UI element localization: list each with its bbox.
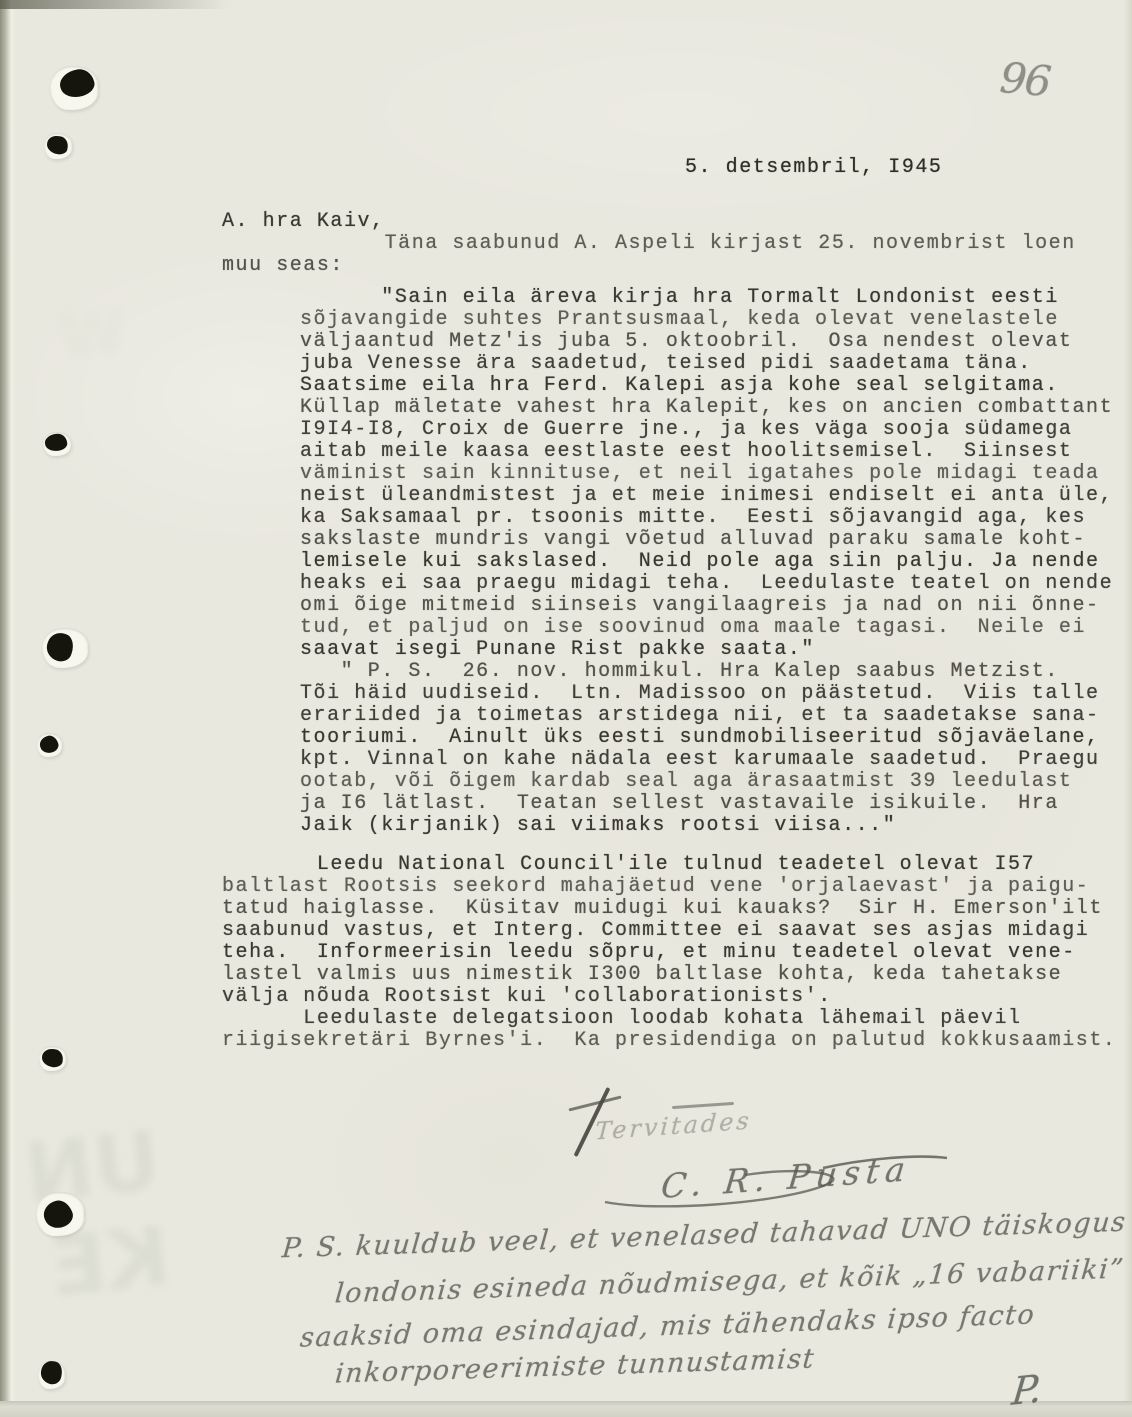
closing-word: Tervitades [594, 1106, 752, 1145]
typed-line: Leedulaste delegatsioon loodab kohata lä… [222, 1008, 1116, 1030]
typed-line: ootab, või õigem kardab seal aga ärasaat… [300, 771, 1113, 793]
typed-line: neist üleandmistest ja et meie inimesi e… [300, 485, 1113, 507]
typed-line: " P. S. 26. nov. hommikul. Hra Kalep saa… [300, 661, 1113, 683]
date-line: 5. detsembril, I945 [685, 157, 943, 179]
typed-line: I9I4-I8, Croix de Guerre jne., ja kes vä… [300, 419, 1113, 441]
typed-line: erariided ja toimetas arstidega nii, et … [300, 705, 1113, 727]
letter-salutation: A. hra Kaiv, Täna saabunud A. Aspeli kir… [222, 211, 1076, 277]
typed-line: ja I6 lätlast. Teatan sellest vastavaile… [300, 793, 1113, 815]
typed-line: juba Venesse ära saadetud, teised pidi s… [300, 353, 1113, 375]
handwritten-ps-line: inkorporeerimiste tunnustamist [334, 1343, 817, 1389]
typed-line: tud, et paljud on ise soovinud oma maale… [300, 617, 1113, 639]
typed-line: tatud haiglasse. Küsitav muidugi kui kau… [222, 898, 1116, 920]
typed-line: riigisekretäri Byrnes'i. Ka presidendiga… [222, 1030, 1116, 1052]
handwritten-initials: P. [1010, 1366, 1044, 1414]
typed-line: Jaik (kirjanik) sai viimaks rootsi viisa… [300, 815, 1113, 837]
typed-line: väminist sain kinnituse, et neil igatahe… [300, 463, 1113, 485]
letter-closing-paragraphs: Leedu National Council'ile tulnud teadet… [222, 854, 1116, 1052]
typed-line: Leedu National Council'ile tulnud teadet… [222, 854, 1116, 876]
quoted-letter-excerpt: "Sain eila äreva kirja hra Tormalt Londo… [300, 287, 1113, 837]
typed-line: lemisele kui sakslased. Neid pole aga si… [300, 551, 1113, 573]
document-page: W UN KE 96 5. detsembril, I945 A. h [0, 0, 1132, 1417]
typed-line: "Sain eila äreva kirja hra Tormalt Londo… [300, 287, 1113, 309]
typed-line: väljaantud Metz'is juba 5. oktoobril. Os… [300, 331, 1113, 353]
typed-line: Küllap mäletate vahest hra Kalepit, kes … [300, 397, 1113, 419]
typed-line: baltlast Rootsis seekord mahajäetud vene… [222, 876, 1116, 898]
typed-line: välja nõuda Rootsist kui 'collaborationi… [222, 986, 1116, 1008]
typed-line: sakslaste mundris vangi võetud alluvad p… [300, 529, 1113, 551]
bleed-through-artifact: W [57, 297, 130, 374]
typed-line: tooriumi. Ainult üks eesti sundmobilisee… [300, 727, 1113, 749]
typed-line: omi õige mitmeid siinseis vangilaagreis … [300, 595, 1113, 617]
paper-right-edge [1123, 0, 1132, 1417]
page-number: 96 [998, 53, 1052, 106]
typed-line: saabunud vastus, et Interg. Committee ei… [222, 920, 1116, 942]
scan-corner-smudge [0, 0, 230, 9]
typed-line: aitab meile kaasa eestlaste eest hoolits… [300, 441, 1113, 463]
paper-bottom-edge [0, 1401, 1132, 1417]
typed-line: Tõi häid uudiseid. Ltn. Madissoo on pääs… [300, 683, 1113, 705]
typed-line: muu seas: [222, 255, 1076, 277]
typed-line: lastel valmis uus nimestik I300 baltlase… [222, 964, 1116, 986]
typed-line: teha. Informeerisin leedu sõpru, et minu… [222, 942, 1116, 964]
typed-line: heaks ei saa praegu midagi teha. Leedula… [300, 573, 1113, 595]
typed-line: ka Saksamaal pr. tsoonis mitte. Eesti sõ… [300, 507, 1113, 529]
typed-line: Täna saabunud A. Aspeli kirjast 25. nove… [222, 233, 1076, 255]
handwritten-ps-line: saaksid oma esindajad, mis tähendaks ips… [299, 1299, 1037, 1353]
typed-line: Saatsime eila hra Ferd. Kalepi asja kohe… [300, 375, 1113, 397]
typed-line: saavat isegi Punane Rist pakke saata." [300, 639, 1113, 661]
typed-line: sõjavangide suhtes Prantsusmaal, keda ol… [300, 309, 1113, 331]
typed-line: A. hra Kaiv, [222, 211, 1076, 233]
typed-line: kpt. Vinnal on kahe nädala eest karumaal… [300, 749, 1113, 771]
paper-left-edge [0, 0, 16, 1417]
